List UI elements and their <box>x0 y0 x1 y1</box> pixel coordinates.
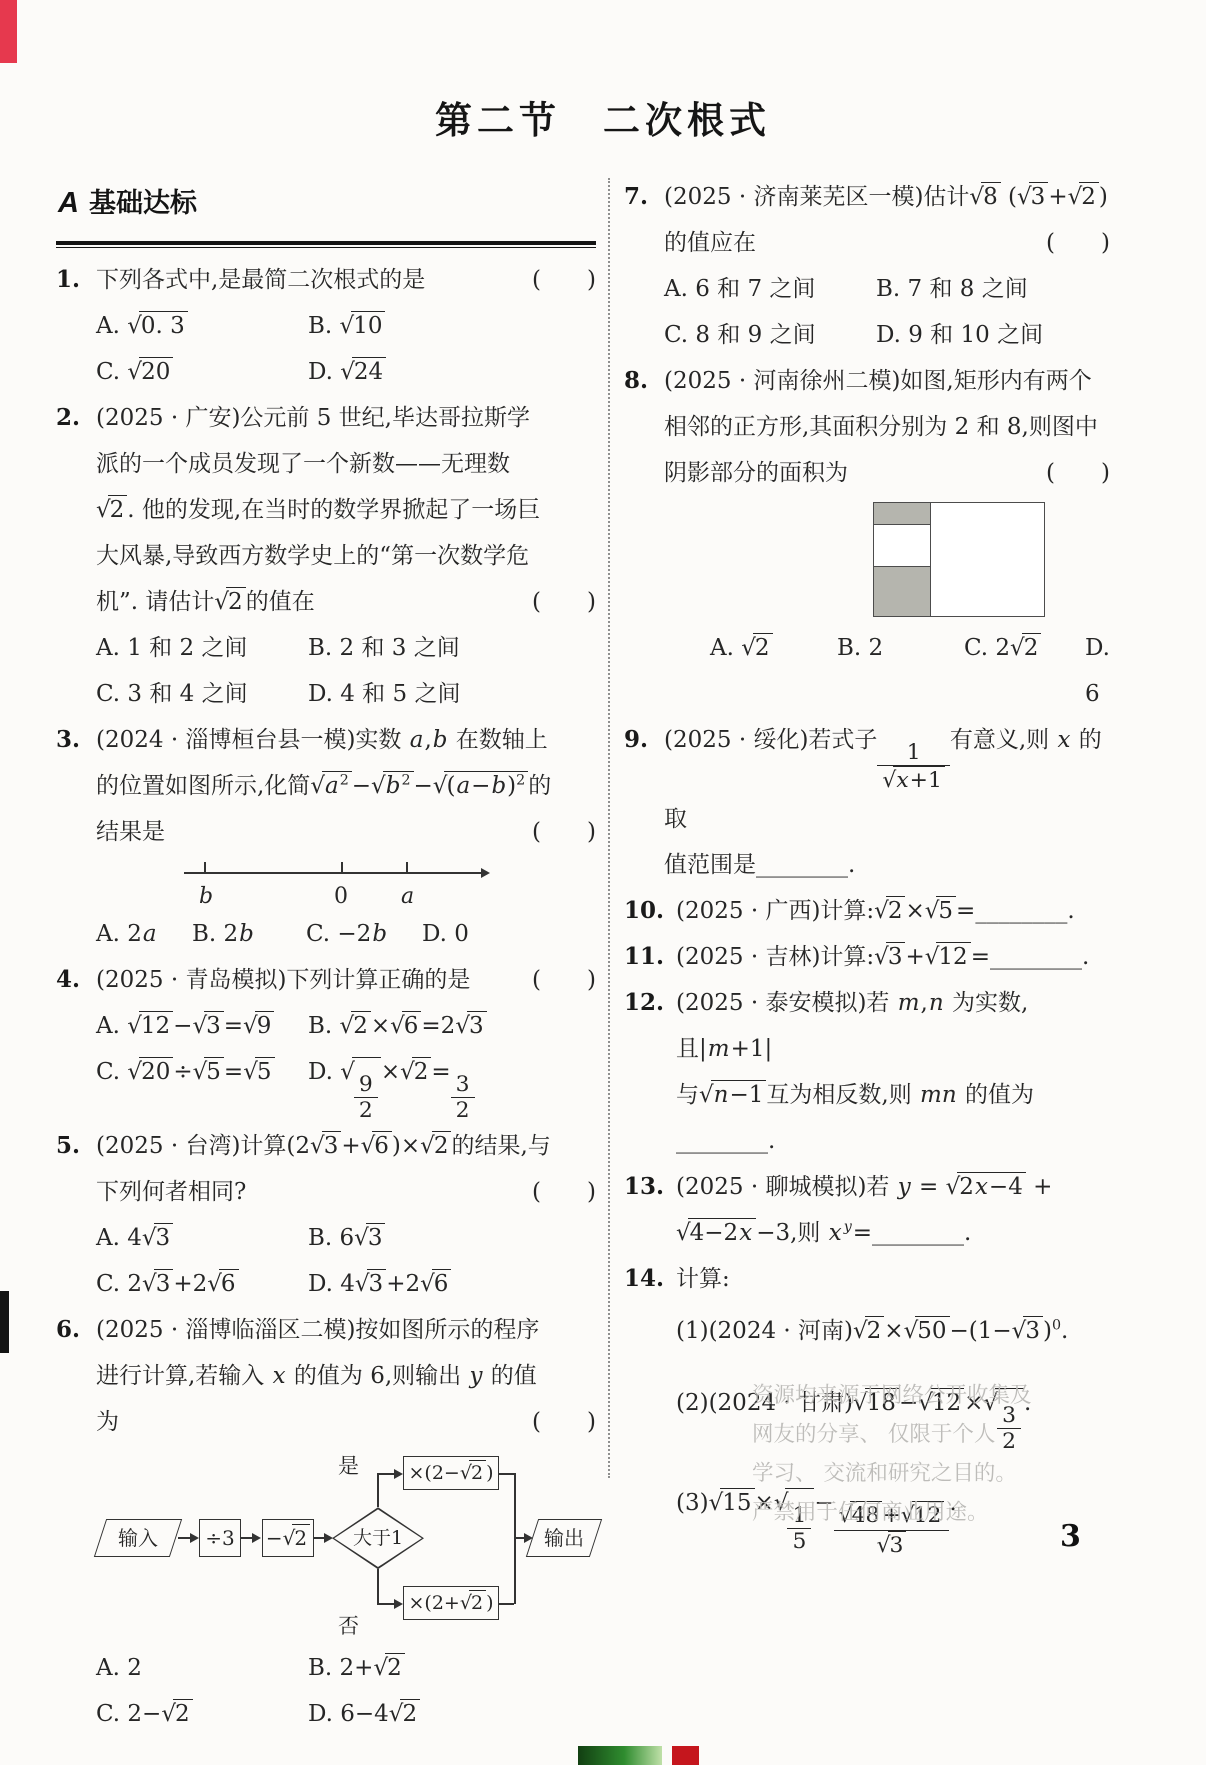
problem-9: 9. (2025 · 绥化)若式子1√x+1有意义,则 x 的取 值范围是___… <box>624 717 1110 888</box>
flow-decision-diamond: 大于1 <box>332 1507 424 1569</box>
problem-number: 10. <box>624 888 664 934</box>
question-text: (2025 · 泰安模拟)若 m,n 为实数,且|m+1| <box>676 980 1110 1072</box>
option-b: B. 7 和 8 之间 <box>876 266 1028 312</box>
flow-yes-box: ×(2−√2) <box>403 1456 499 1490</box>
publisher-logo-red <box>672 1746 699 1765</box>
sub-item-1: (1)(2024 · 河南)√2×√50−(1−√3)0. <box>676 1308 1110 1354</box>
options-row: C. √20÷√5=√5 D. √92×√2=32 <box>96 1049 596 1123</box>
axis-arrowhead <box>481 868 490 878</box>
problem-13: 13. (2025 · 聊城模拟)若 y = √2x−4 + √4−2x−3,则… <box>624 1164 1110 1256</box>
options-row: A. √2 B. 2 C. 2√2 D. 6 <box>664 625 1110 717</box>
fc-line <box>499 1473 514 1475</box>
question-text: 下列何者相同? <box>96 1169 246 1215</box>
answer-paren: ( ) <box>1046 450 1110 496</box>
label-0: 0 <box>334 875 348 919</box>
problem-12: 12. (2025 · 泰安模拟)若 m,n 为实数,且|m+1| 与√n−1互… <box>624 980 1110 1164</box>
options-row: C. 3 和 4 之间 D. 4 和 5 之间 <box>96 671 596 717</box>
question-line: 阴影部分的面积为 ( ) <box>664 450 1110 496</box>
option-c: C. 3 和 4 之间 <box>96 671 308 717</box>
problem-8: 8. (2025 · 河南徐州二模)如图,矩形内有两个 相邻的正方形,其面积分别… <box>624 358 1110 717</box>
question-text: 相邻的正方形,其面积分别为 2 和 8,则图中 <box>664 404 1110 450</box>
question-text: 值范围是________. <box>664 842 1110 888</box>
section-header: A基础达标 <box>56 174 596 245</box>
left-column: A基础达标 1. 下列各式中,是最简二次根式的是 ( ) A. √0. 3 B.… <box>56 174 596 1737</box>
option-c: C. √20÷√5=√5 <box>96 1049 308 1095</box>
sub-item-2: (2)(2024 · 甘肃)√18−√12×√32. <box>676 1380 1110 1454</box>
option-c: C. 2√2 <box>964 625 1085 671</box>
question-text: 与√n−1互为相反数,则 mn 的值为________. <box>676 1072 1110 1164</box>
option-a: A. 1 和 2 之间 <box>96 625 308 671</box>
two-column-content: A基础达标 1. 下列各式中,是最简二次根式的是 ( ) A. √0. 3 B.… <box>0 174 1206 1737</box>
question-text: 下列各式中,是最简二次根式的是 <box>96 257 425 303</box>
right-column: 7. (2025 · 济南莱芜区一模)估计√8 (√3+√2) 的值应在 ( )… <box>624 174 1110 1737</box>
fc-arrowhead <box>190 1533 199 1543</box>
answer-paren: ( ) <box>1046 220 1110 266</box>
fc-arrowhead <box>394 1599 403 1609</box>
question-text: (2025 · 绥化)若式子1√x+1有意义,则 x 的取 <box>664 717 1110 842</box>
flow-no-label: 否 <box>338 1605 359 1647</box>
tick-0 <box>341 862 343 873</box>
flow-condition-label: 大于1 <box>332 1507 424 1569</box>
rectangle-squares-figure <box>873 502 1045 617</box>
label-b: b <box>198 875 214 919</box>
flow-step-minus-sqrt2: −√2 <box>262 1519 314 1557</box>
question-text: (2024 · 淄博桓台县一模)实数 a,b 在数轴上 <box>96 717 596 763</box>
problem-3: 3. (2024 · 淄博桓台县一模)实数 a,b 在数轴上 的位置如图所示,化… <box>56 717 596 957</box>
shaded-top-band <box>874 503 930 525</box>
problem-number: 6. <box>56 1307 80 1353</box>
option-d: D. 6 <box>1085 625 1110 717</box>
label-a: a <box>400 875 415 919</box>
fc-line <box>377 1569 379 1603</box>
section-badge: A <box>58 187 79 219</box>
question-line: 结果是 ( ) <box>96 809 596 855</box>
problem-number: 12. <box>624 980 664 1026</box>
question-text: 阴影部分的面积为 <box>664 450 848 496</box>
question-line: 的值应在 ( ) <box>664 220 1110 266</box>
problem-14: 14. 计算: (1)(2024 · 河南)√2×√50−(1−√3)0. (2… <box>624 1256 1110 1561</box>
left-strip <box>874 503 931 616</box>
problem-number: 13. <box>624 1164 664 1210</box>
question-text: 大风暴,导致西方数学史上的“第一次数学危 <box>96 533 596 579</box>
option-d: D. 6−4√2 <box>308 1691 420 1737</box>
problem-2: 2. (2025 · 广安)公元前 5 世纪,毕达哥拉斯学 派的一个成员发现了一… <box>56 395 596 717</box>
option-c: C. 8 和 9 之间 <box>664 312 876 358</box>
options-row: C. 2√3+2√6 D. 4√3+2√6 <box>96 1261 596 1307</box>
page-title: 第二节 二次根式 <box>0 90 1206 144</box>
problem-number: 9. <box>624 717 648 763</box>
option-b: B. 6√3 <box>308 1215 385 1261</box>
problem-number: 14. <box>624 1256 664 1302</box>
left-edge-bar <box>0 1291 9 1353</box>
question-text: 计算: <box>676 1256 1110 1302</box>
flow-step-divide3: ÷3 <box>199 1519 241 1557</box>
question-text: (2025 · 聊城模拟)若 y = √2x−4 + <box>676 1164 1110 1210</box>
question-text: 派的一个成员发现了一个新数——无理数 <box>96 441 596 487</box>
flow-input-label: 输入 <box>118 1518 158 1558</box>
option-a: A. 2 <box>96 1645 308 1691</box>
options-row: C. 8 和 9 之间 D. 9 和 10 之间 <box>664 312 1110 358</box>
option-b: B. √2×√6=2√3 <box>308 1003 487 1049</box>
question-text: (2025 · 台湾)计算(2√3+√6)×√2的结果,与 <box>96 1123 596 1169</box>
option-c: C. 2√3+2√6 <box>96 1261 308 1307</box>
flow-output-label: 输出 <box>544 1518 584 1558</box>
question-line: (2025 · 青岛模拟)下列计算正确的是 ( ) <box>96 957 596 1003</box>
tick-b <box>204 862 206 873</box>
option-a: A. √12−√3=√9 <box>96 1003 308 1049</box>
question-text: 的位置如图所示,化简√a2−√b2−√(a−b)2的 <box>96 763 596 809</box>
option-d: D. 0 <box>422 911 469 957</box>
question-text: (2025 · 济南莱芜区一模)估计√8 (√3+√2) <box>664 174 1110 220</box>
question-text: 的值应在 <box>664 220 756 266</box>
problem-number: 4. <box>56 957 80 1003</box>
problem-5: 5. (2025 · 台湾)计算(2√3+√6)×√2的结果,与 下列何者相同?… <box>56 1123 596 1307</box>
axis-line <box>184 872 484 874</box>
problem-1: 1. 下列各式中,是最简二次根式的是 ( ) A. √0. 3 B. √10 C… <box>56 257 596 395</box>
number-line-figure: b 0 a <box>184 855 514 911</box>
workbook-page: 第二节 二次根式 A基础达标 1. 下列各式中,是最简二次根式的是 ( ) A.… <box>0 0 1206 1765</box>
fc-line <box>499 1603 514 1605</box>
fc-line <box>377 1473 379 1507</box>
flow-input-shape: 输入 <box>94 1519 182 1557</box>
question-line: 下列何者相同? ( ) <box>96 1169 596 1215</box>
problem-number: 7. <box>624 174 648 220</box>
flow-no-box: ×(2+√2) <box>403 1586 499 1620</box>
tick-a <box>406 862 408 873</box>
problem-number: 1. <box>56 257 80 303</box>
sub-item-3: (3)√15×√15−√48+√12√3. <box>676 1480 1110 1561</box>
option-c: C. √20 <box>96 349 308 395</box>
answer-paren: ( ) <box>532 957 596 1003</box>
red-corner-stripe <box>0 0 17 63</box>
publisher-logo-green <box>578 1746 662 1765</box>
option-d: D. √24 <box>308 349 386 395</box>
section-title: 基础达标 <box>89 188 197 218</box>
option-a: A. 6 和 7 之间 <box>664 266 876 312</box>
problem-6: 6. (2025 · 淄博临淄区二模)按如图所示的程序 进行计算,若输入 x 的… <box>56 1307 596 1737</box>
option-a: A. √0. 3 <box>96 303 308 349</box>
question-text: (2025 · 河南徐州二模)如图,矩形内有两个 <box>664 358 1110 404</box>
answer-paren: ( ) <box>532 257 596 303</box>
question-text: (2025 · 青岛模拟)下列计算正确的是 <box>96 957 470 1003</box>
question-line: 为 ( ) <box>96 1399 596 1445</box>
question-text: 机”. 请估计√2的值在 <box>96 579 315 625</box>
column-divider <box>608 178 610 1478</box>
options-row: A. 2 B. 2+√2 <box>96 1645 596 1691</box>
option-b: B. 2+√2 <box>308 1645 405 1691</box>
options-row: C. √20 D. √24 <box>96 349 596 395</box>
options-row: A. 1 和 2 之间 B. 2 和 3 之间 <box>96 625 596 671</box>
fc-arrowhead <box>252 1533 261 1543</box>
option-d: D. 9 和 10 之间 <box>876 312 1043 358</box>
problem-number: 3. <box>56 717 80 763</box>
flowchart-figure: 输入 ÷3 −√2 大于1 <box>82 1449 596 1641</box>
problem-number: 2. <box>56 395 80 441</box>
options-row: A. 4√3 B. 6√3 <box>96 1215 596 1261</box>
question-text: 为 <box>96 1399 119 1445</box>
question-text: (2025 · 广西)计算:√2×√5=________. <box>676 888 1110 934</box>
answer-paren: ( ) <box>532 809 596 855</box>
option-d: D. √92×√2=32 <box>308 1049 475 1123</box>
option-d: D. 4 和 5 之间 <box>308 671 460 717</box>
problem-number: 8. <box>624 358 648 404</box>
answer-paren: ( ) <box>532 1399 596 1445</box>
answer-paren: ( ) <box>532 1169 596 1215</box>
question-line: 下列各式中,是最简二次根式的是 ( ) <box>96 257 596 303</box>
option-a: A. 4√3 <box>96 1215 308 1261</box>
problem-10: 10. (2025 · 广西)计算:√2×√5=________. <box>624 888 1110 934</box>
shaded-bottom-square <box>874 566 930 616</box>
question-text: (2025 · 吉林)计算:√3+√12=________. <box>676 934 1110 980</box>
option-b: B. 2 <box>837 625 964 671</box>
option-b: B. 2 和 3 之间 <box>308 625 460 671</box>
option-c: C. 2−√2 <box>96 1691 308 1737</box>
question-text: (2025 · 淄博临淄区二模)按如图所示的程序 <box>96 1307 596 1353</box>
flow-output-shape: 输出 <box>526 1519 602 1557</box>
problem-number: 5. <box>56 1123 80 1169</box>
question-text: √2. 他的发现,在当时的数学界掀起了一场巨 <box>96 487 596 533</box>
answer-paren: ( ) <box>532 579 596 625</box>
options-row: A. 6 和 7 之间 B. 7 和 8 之间 <box>664 266 1110 312</box>
option-a: A. √2 <box>710 625 837 671</box>
problem-4: 4. (2025 · 青岛模拟)下列计算正确的是 ( ) A. √12−√3=√… <box>56 957 596 1123</box>
question-text: (2025 · 广安)公元前 5 世纪,毕达哥拉斯学 <box>96 395 596 441</box>
question-text: 结果是 <box>96 809 165 855</box>
fc-arrowhead <box>394 1469 403 1479</box>
question-text: √4−2x−3,则 xy=________. <box>676 1210 1110 1256</box>
option-a: A. 2a <box>96 911 192 957</box>
question-text: 进行计算,若输入 x 的值为 6,则输出 y 的值 <box>96 1353 596 1399</box>
problem-7: 7. (2025 · 济南莱芜区一模)估计√8 (√3+√2) 的值应在 ( )… <box>624 174 1110 358</box>
options-row: A. √0. 3 B. √10 <box>96 303 596 349</box>
options-row: A. √12−√3=√9 B. √2×√6=2√3 <box>96 1003 596 1049</box>
question-line: 机”. 请估计√2的值在 ( ) <box>96 579 596 625</box>
problem-number: 11. <box>624 934 664 980</box>
problem-11: 11. (2025 · 吉林)计算:√3+√12=________. <box>624 934 1110 980</box>
option-b: B. √10 <box>308 303 385 349</box>
options-row: C. 2−√2 D. 6−4√2 <box>96 1691 596 1737</box>
option-d: D. 4√3+2√6 <box>308 1261 451 1307</box>
page-number: 3 <box>1060 1519 1081 1554</box>
flow-yes-label: 是 <box>338 1445 359 1487</box>
